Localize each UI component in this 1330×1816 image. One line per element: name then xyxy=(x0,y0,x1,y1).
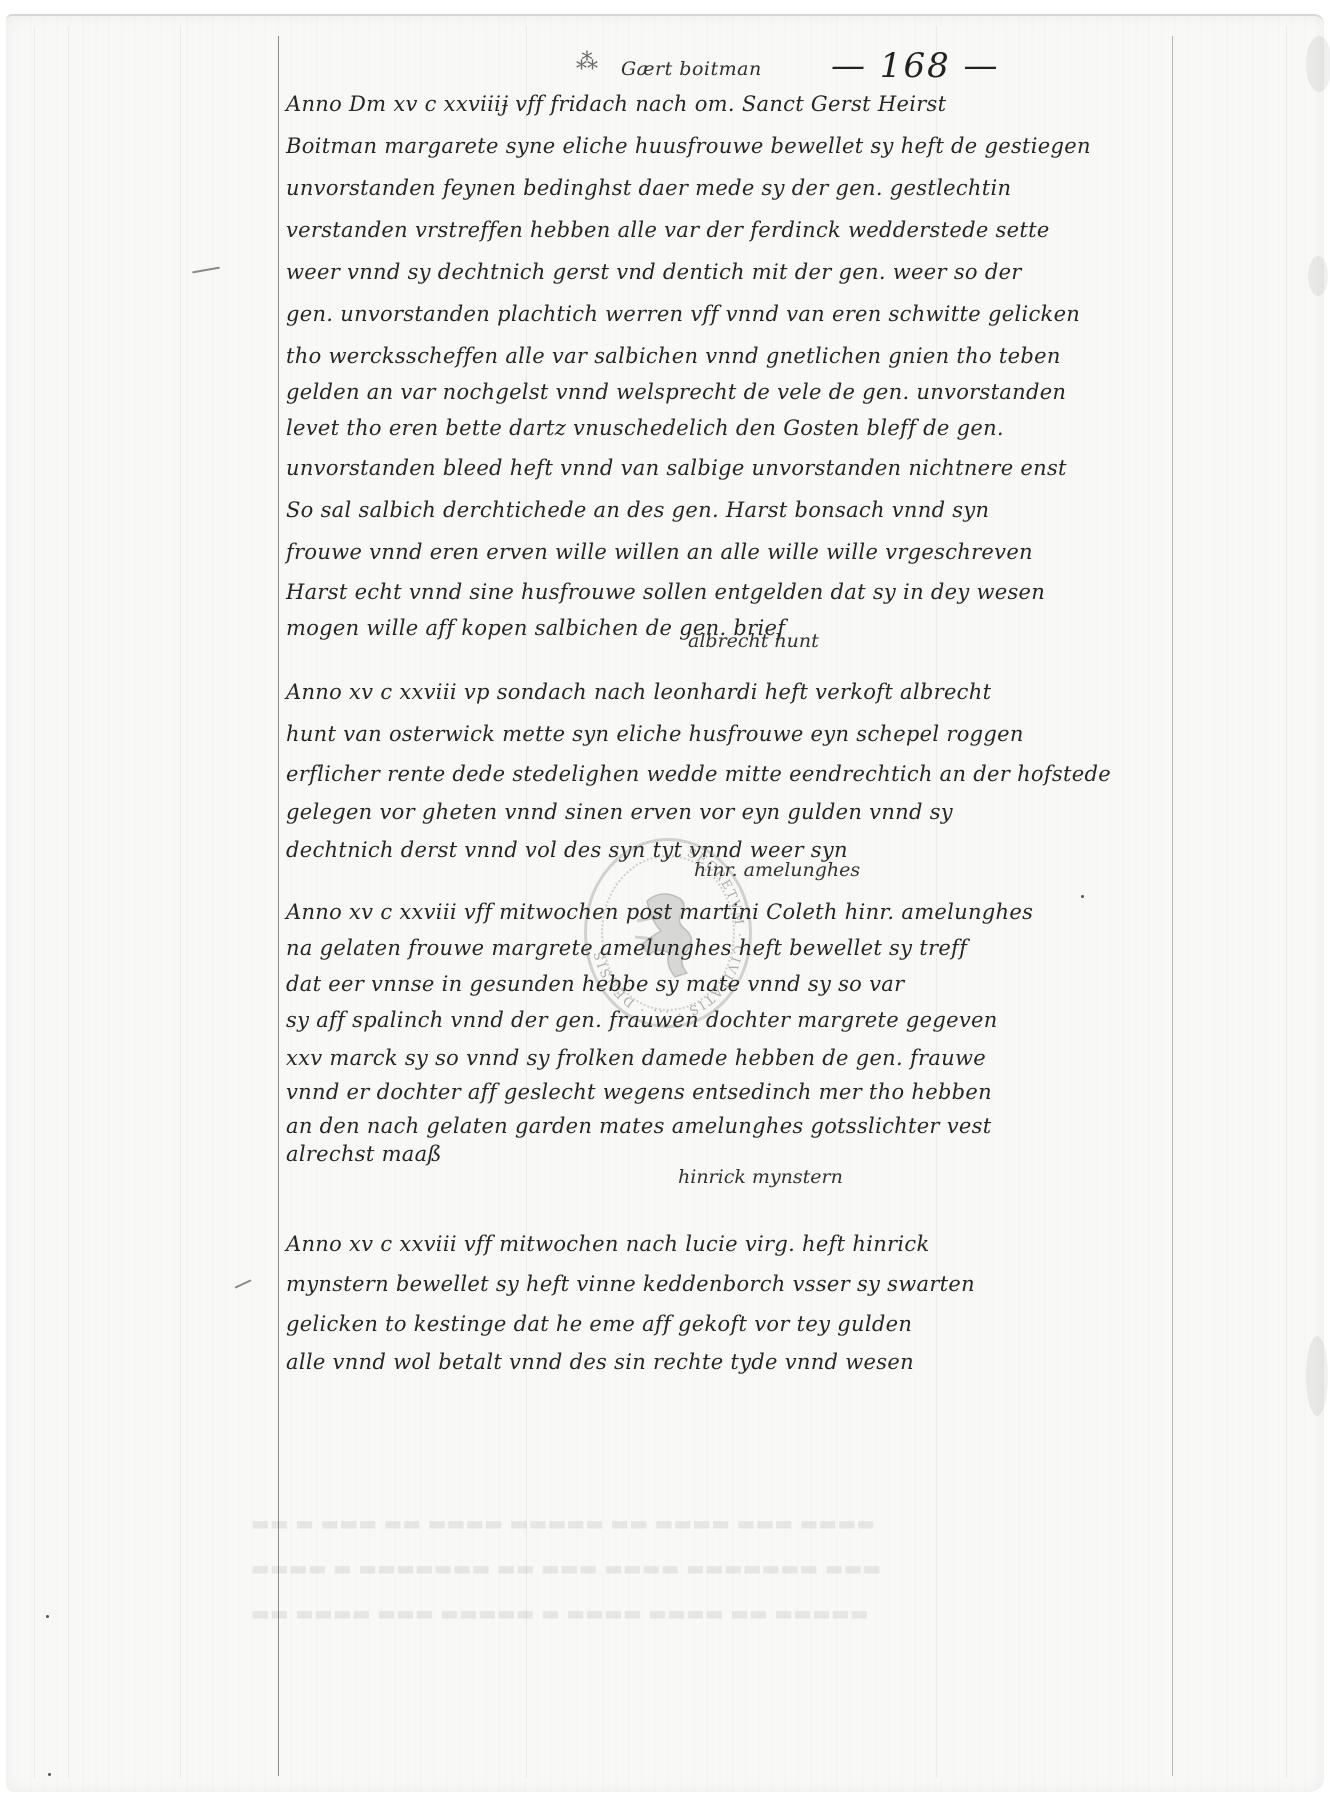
paper-crease xyxy=(34,26,35,1778)
edge-stain xyxy=(1306,36,1330,92)
entry-line: Anno xv c xxviii vff mitwochen nach luci… xyxy=(286,1232,1246,1256)
verso-showthrough: ▬▬▬▬ ▬ ▬▬▬▬▬▬▬ ▬▬ ▬▬▬ ▬▬▬▬ ▬▬▬▬▬▬▬ ▬▬▬ xyxy=(251,1556,881,1580)
entry-line: verstanden vrstreffen hebben alle var de… xyxy=(286,218,1246,242)
edge-stain xyxy=(1308,256,1328,296)
entry-line: gen. unvorstanden plachtich werren vff v… xyxy=(286,302,1246,326)
margin-mark xyxy=(234,1279,251,1288)
entry-line: alrechst maaß xyxy=(286,1142,1246,1166)
entry-line: na gelaten frouwe margrete amelunghes he… xyxy=(286,936,1246,960)
entry-line: mynstern bewellet sy heft vinne keddenbo… xyxy=(286,1272,1246,1296)
entry-heading: hinrick mynstern xyxy=(678,1166,843,1188)
entry-line: erflicher rente dede stedelighen wedde m… xyxy=(286,762,1246,786)
entry-line: xxv marck sy so vnnd sy frolken damede h… xyxy=(286,1046,1246,1070)
entry-line: unvorstanden feynen bedinghst daer mede … xyxy=(286,176,1246,200)
paper-crease xyxy=(68,26,69,1778)
entry-line: dat eer vnnse in gesunden hebbe sy mate … xyxy=(286,972,1246,996)
entry-line: sy aff spalinch vnnd der gen. frauwen do… xyxy=(286,1008,1246,1032)
entry-line: Harst echt vnnd sine husfrouwe sollen en… xyxy=(286,580,1246,604)
entry-line: Anno xv c xxviii vff mitwochen post mart… xyxy=(286,900,1246,924)
entry-line: alle vnnd wol betalt vnnd des sin rechte… xyxy=(286,1350,1246,1374)
paper-crease xyxy=(180,26,181,1778)
folio-number: — 168 — xyxy=(831,46,1000,86)
entry-line: gelden an var nochgelst vnnd welsprecht … xyxy=(286,380,1246,404)
manuscript-page: ⁂ Gært boitman — 168 — ▬▬ ▬ ▬▬▬ ▬▬ ▬▬▬▬ … xyxy=(6,14,1324,1792)
entry-line: weer vnnd sy dechtnich gerst vnd dentich… xyxy=(286,260,1246,284)
entry-heading: albrecht hunt xyxy=(688,630,819,652)
speck xyxy=(48,1773,51,1776)
paper-crease xyxy=(1286,26,1287,1778)
entry-line: hunt van osterwick mette syn eliche husf… xyxy=(286,722,1246,746)
speck xyxy=(1081,895,1084,898)
header-mark: ⁂ xyxy=(576,50,598,75)
entry-line: tho wercksscheffen alle var salbichen vn… xyxy=(286,344,1246,368)
running-title: Gært boitman xyxy=(621,58,762,80)
speck xyxy=(46,1615,49,1618)
lion-icon xyxy=(627,881,711,985)
entry-line: Anno Dm xv c xxviiiɉ vff fridach nach om… xyxy=(286,92,1246,116)
edge-stain xyxy=(1306,1336,1328,1416)
entry-line: vnnd er dochter aff geslecht wegens ents… xyxy=(286,1080,1246,1104)
entry-line: an den nach gelaten garden mates amelung… xyxy=(286,1114,1246,1138)
entry-line: gelegen vor gheten vnnd sinen erven vor … xyxy=(286,800,1246,824)
page-header: ⁂ Gært boitman — 168 — xyxy=(576,46,1056,96)
entry-line: frouwe vnnd eren erven wille willen an a… xyxy=(286,540,1246,564)
entry-line: Boitman margarete syne eliche huusfrouwe… xyxy=(286,134,1246,158)
entry-line: levet tho eren bette dartz vnuschedelich… xyxy=(286,416,1246,440)
entry-line: So sal salbich derchtichede an des gen. … xyxy=(286,498,1246,522)
entry-line: unvorstanden bleed heft vnnd van salbige… xyxy=(286,456,1246,480)
margin-mark xyxy=(192,267,220,274)
entry-heading: hinr. amelunghes xyxy=(694,859,860,881)
entry-line: Anno xv c xxviii vp sondach nach leonhar… xyxy=(286,680,1246,704)
verso-showthrough: ▬▬ ▬ ▬▬▬ ▬▬ ▬▬▬▬ ▬▬▬▬▬ ▬▬ ▬▬▬▬ ▬▬▬ ▬▬▬▬ xyxy=(251,1511,875,1535)
verso-showthrough: ▬▬ ▬▬▬▬ ▬▬▬ ▬▬▬▬▬ ▬ ▬▬▬▬ ▬▬▬▬ ▬▬ ▬▬▬▬▬ xyxy=(251,1601,869,1625)
entry-line: gelicken to kestinge dat he eme aff geko… xyxy=(286,1312,1246,1336)
